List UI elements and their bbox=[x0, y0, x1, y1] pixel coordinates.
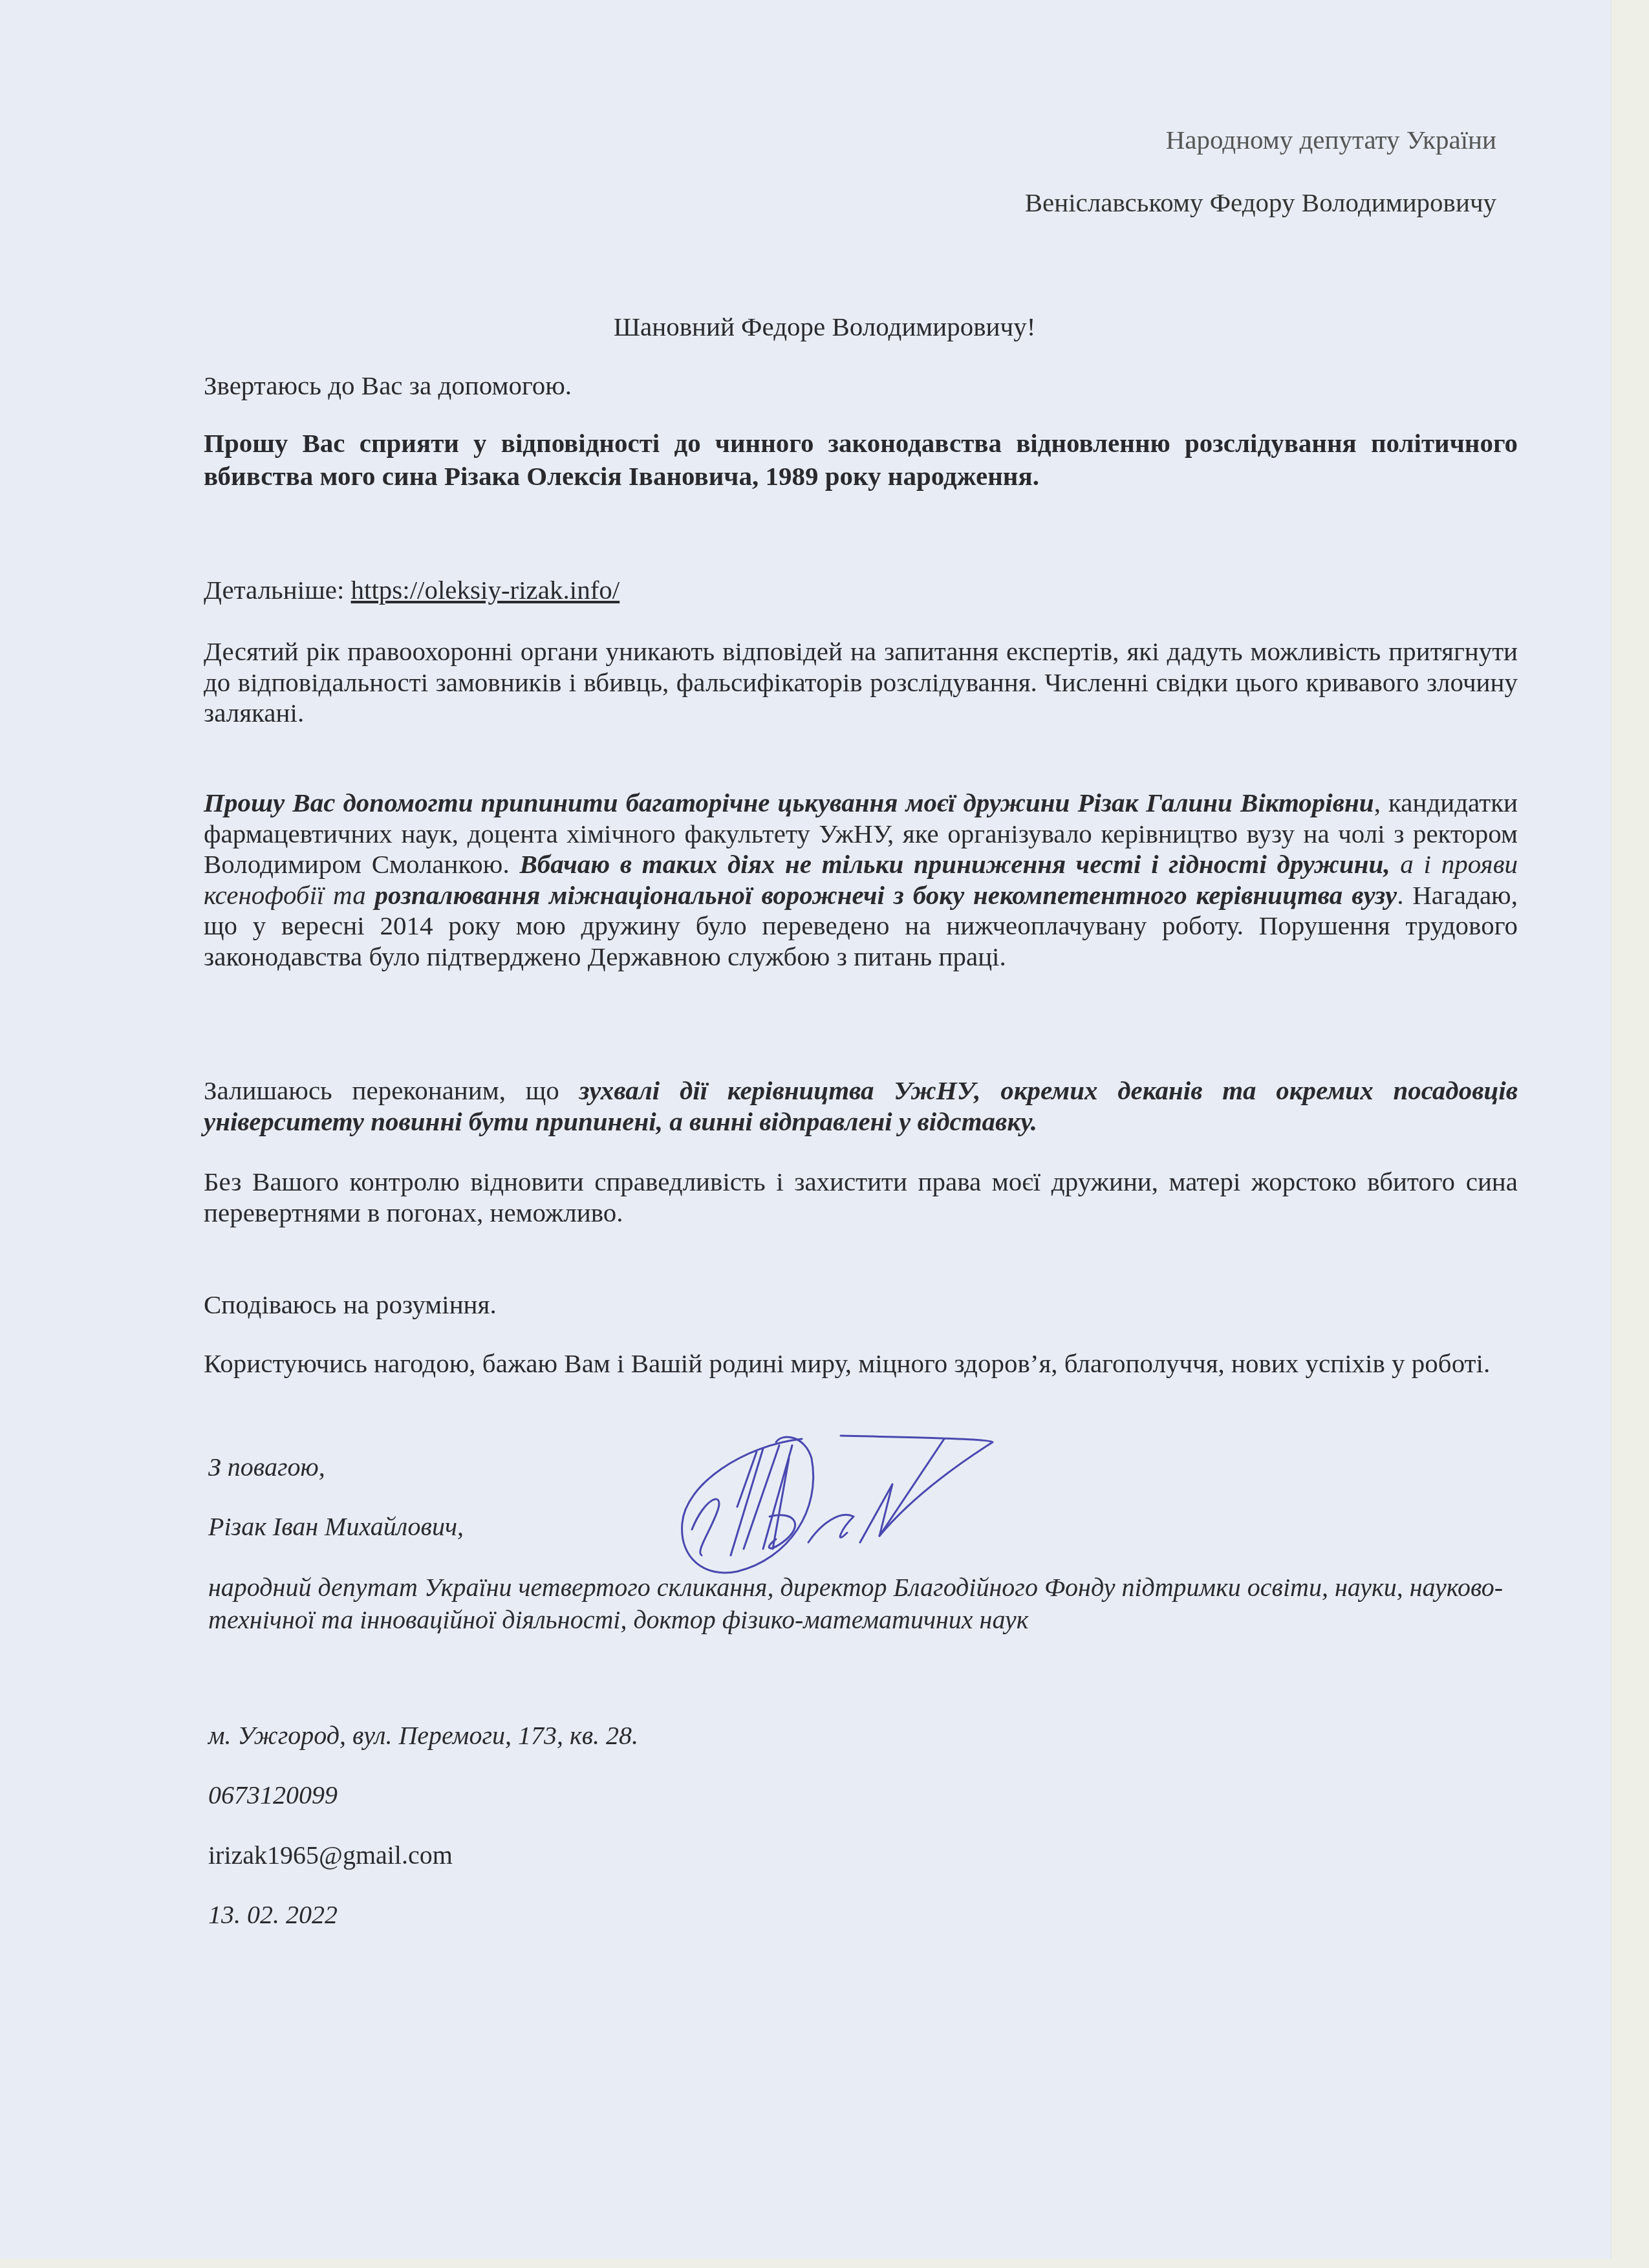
paragraph-intro: Звертаюсь до Вас за допомогою. bbox=[204, 371, 1518, 402]
emphasis-humiliation: Вбачаю в таких діях не тільки приниження… bbox=[519, 849, 1390, 879]
paragraph-details: Детальніше: https://oleksiy-rizak.info/ bbox=[204, 575, 1518, 606]
emphasis-hostility: розпалювання міжнаціональної ворожнечі з… bbox=[375, 880, 1397, 910]
website-link[interactable]: https://oleksiy-rizak.info/ bbox=[351, 575, 620, 605]
scanner-edge-right bbox=[1611, 0, 1649, 2268]
signer-title: народний депутат України четвертого скли… bbox=[208, 1571, 1521, 1636]
paragraph-conviction: Залишаюсь переконаним, що зухвалі дії ке… bbox=[204, 1075, 1518, 1137]
text-conviction-lead: Залишаюсь переконаним, що bbox=[204, 1075, 579, 1105]
signer-email: irizak1965@gmail.com bbox=[208, 1840, 453, 1870]
emphasis-request-wife: Прошу Вас допомогти припинити багаторічн… bbox=[204, 788, 1374, 817]
paragraph-understanding: Сподіваюсь на розуміння. bbox=[204, 1290, 1518, 1321]
details-label: Детальніше: bbox=[204, 575, 351, 605]
letter-date: 13. 02. 2022 bbox=[208, 1899, 338, 1930]
signer-phone: 0673120099 bbox=[208, 1780, 338, 1810]
scanned-letter-page: Народному депутату України Веніславськом… bbox=[0, 0, 1611, 2259]
addressee-title: Народному депутату України bbox=[1166, 125, 1496, 155]
addressee-name: Веніславському Федору Володимировичу bbox=[1025, 188, 1496, 218]
signer-address: м. Ужгород, вул. Перемоги, 173, кв. 28. bbox=[208, 1720, 638, 1751]
paragraph-law-enforcement: Десятий рік правоохоронні органи уникают… bbox=[204, 636, 1518, 729]
closing-regards: З повагою, bbox=[208, 1452, 325, 1482]
paragraph-request-investigation: Прошу Вас сприяти у відповідності до чин… bbox=[204, 427, 1518, 493]
paragraph-wishes: Користуючись нагодою, бажаю Вам і Вашій … bbox=[204, 1348, 1518, 1379]
salutation: Шановний Федоре Володимировичу! bbox=[0, 312, 1649, 342]
scanner-edge-bottom bbox=[0, 2259, 1649, 2268]
paragraph-wife-harassment: Прошу Вас допомогти припинити багаторічн… bbox=[204, 788, 1518, 972]
signer-name: Різак Іван Михайлович, bbox=[208, 1511, 464, 1542]
paragraph-control: Без Вашого контролю відновити справедлив… bbox=[204, 1167, 1518, 1228]
handwritten-signature-icon bbox=[666, 1420, 1222, 1575]
